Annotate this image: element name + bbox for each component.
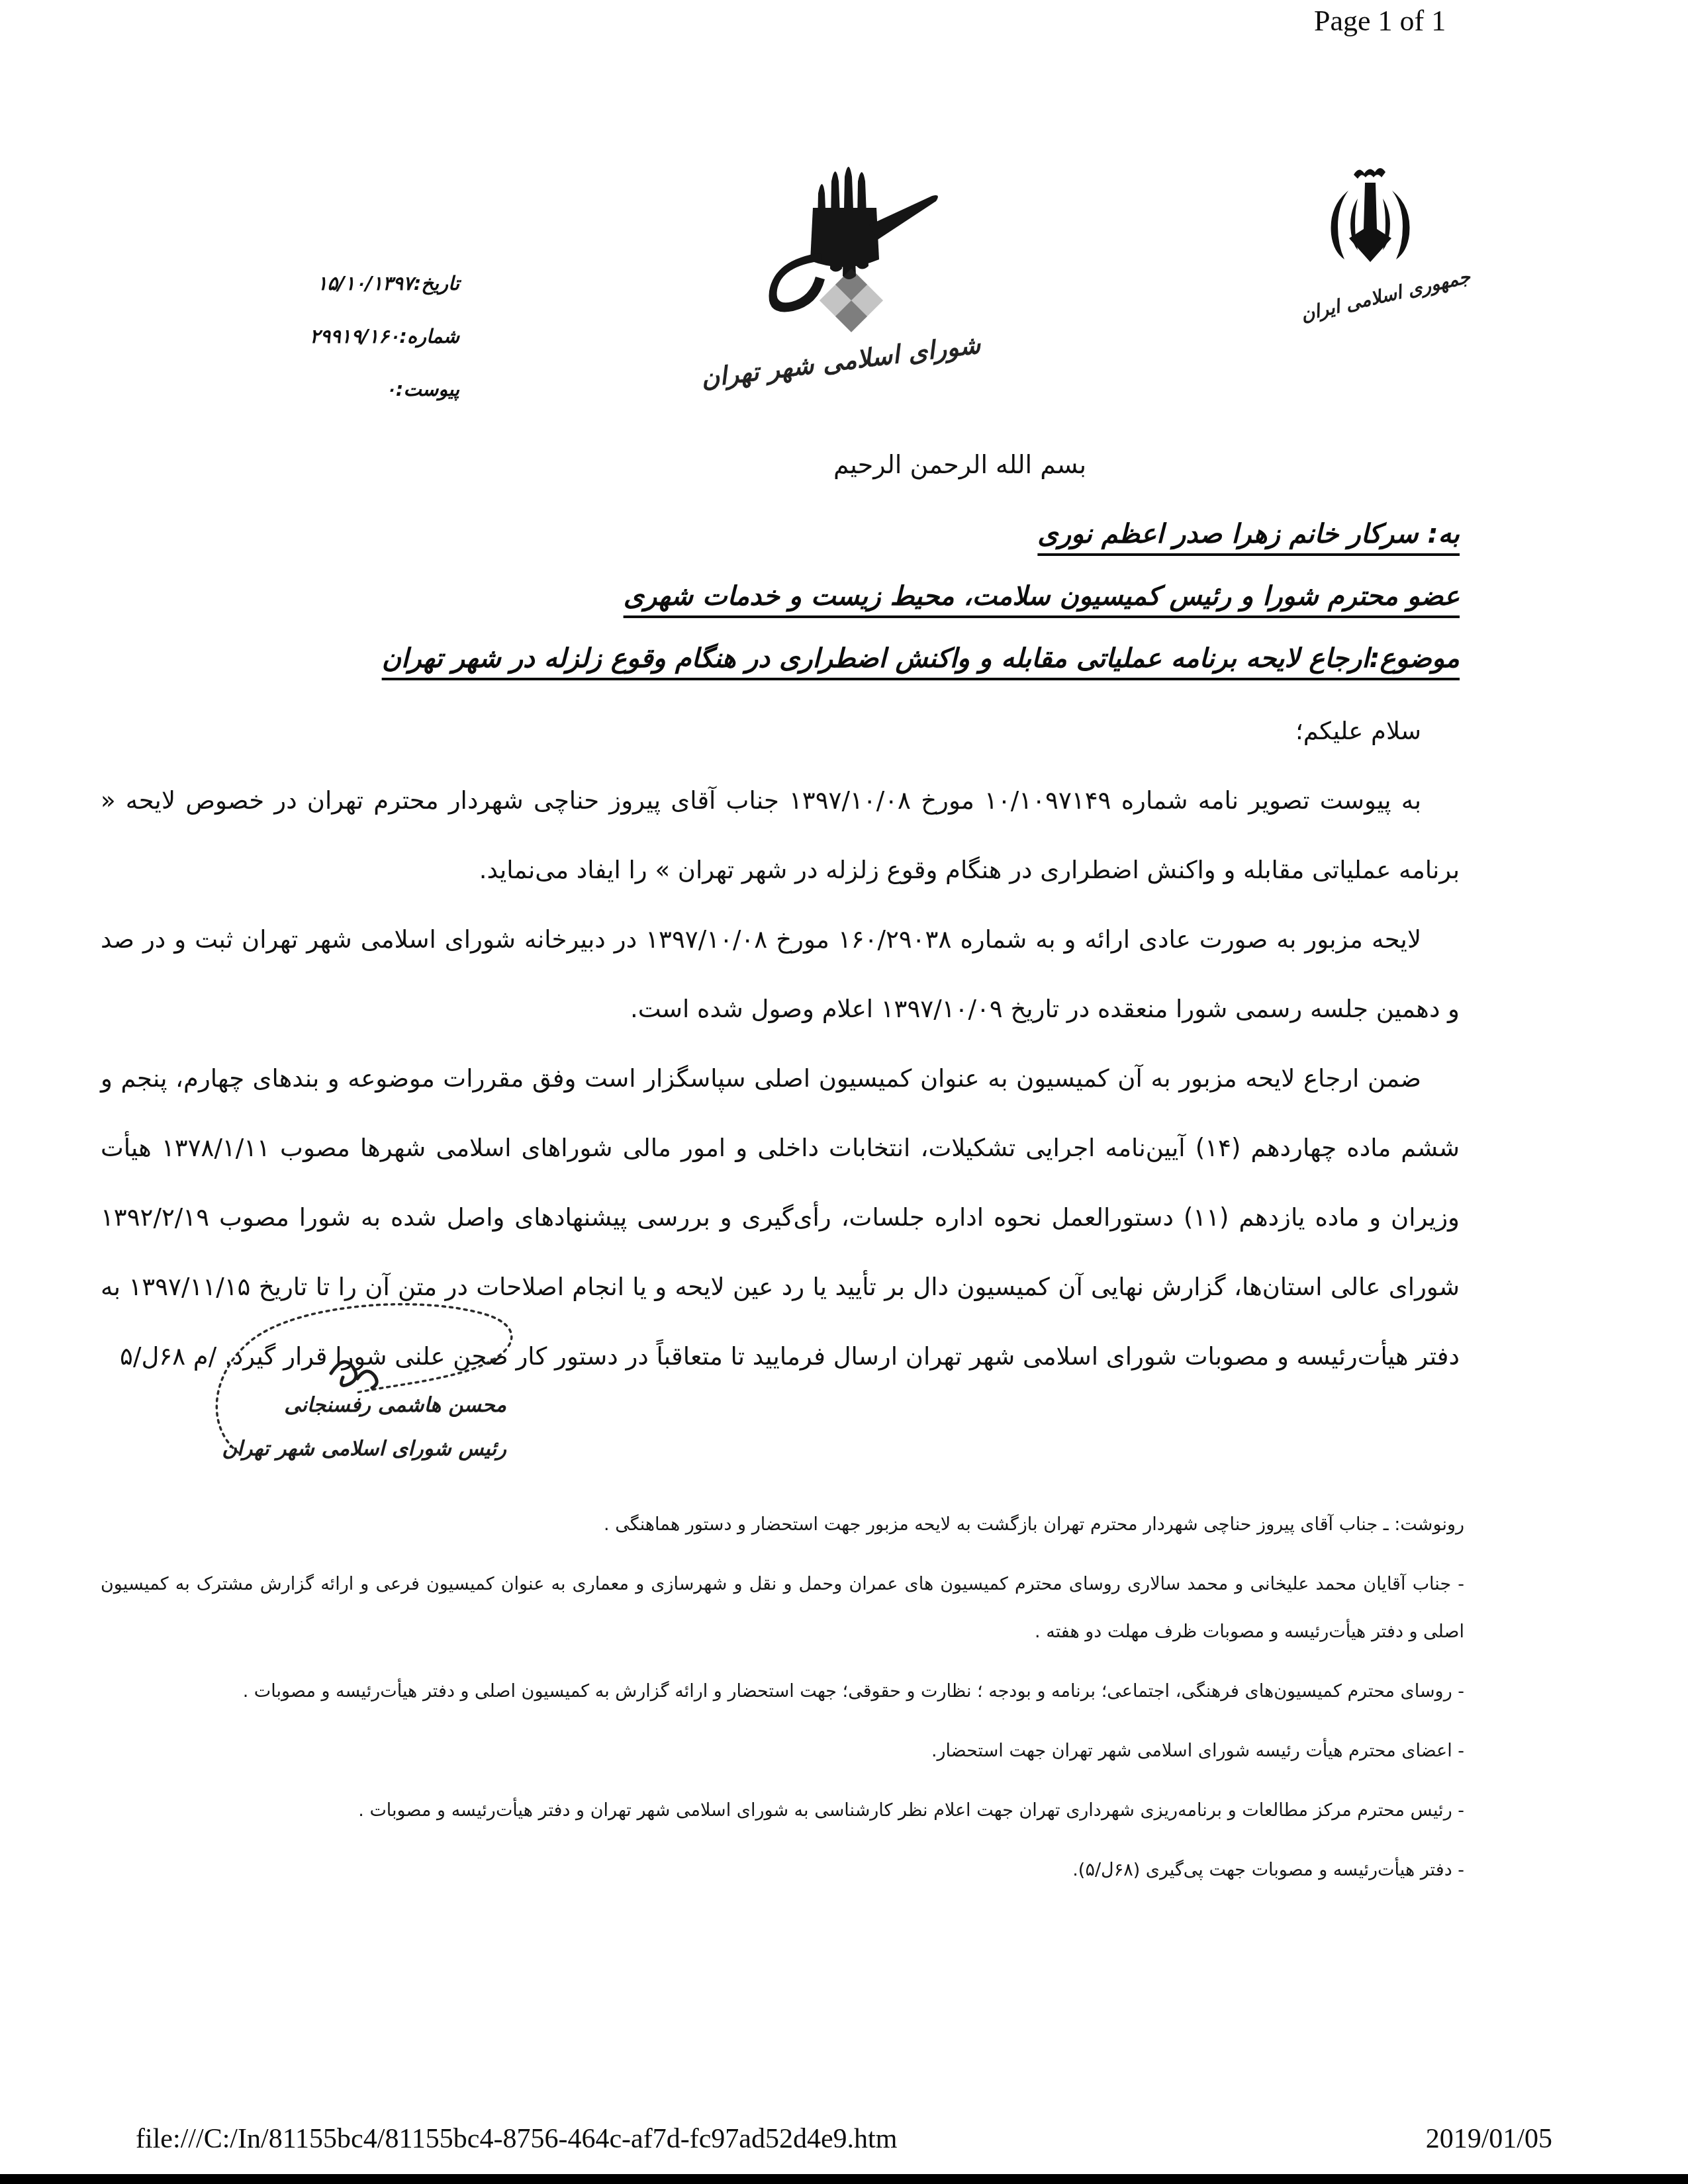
letter-date-field: تاریخ:۱۵/۱۰/۱۳۹۷ (285, 257, 459, 310)
letter-body: سلام علیکم؛ به پیوست تصویر نامه شماره ۱۰… (101, 696, 1460, 1391)
cc-item: - روسای محترم کمیسیون‌های فرهنگی، اجتماع… (101, 1668, 1464, 1715)
letterhead-meta-fields: تاریخ:۱۵/۱۰/۱۳۹۷ شماره:۲۹۹۱۹/۱۶۰ پیوست:۰ (285, 257, 459, 416)
page-indicator: Page 1 of 1 (1314, 4, 1446, 38)
subject-line: موضوع:ارجاع لایحه برنامه عملیاتی مقابله … (321, 627, 1460, 690)
footer-print-date: 2019/01/05 (1426, 2123, 1552, 2155)
cc-item: رونوشت: ـ جناب آقای پیروز حناچی شهردار م… (101, 1501, 1464, 1549)
addressee-to-line: به: سرکار خانم زهرا صدر اعظم نوری (321, 503, 1460, 565)
council-logo-icon (733, 147, 952, 352)
bismillah-line: بسم الله الرحمن الرحیم (833, 450, 1086, 479)
printed-letter-page: Page 1 of 1 تاریخ:۱۵/۱۰/۱۳۹۷ شماره:۲۹۹۱۹… (0, 0, 1688, 2184)
letter-attachment-field: پیوست:۰ (285, 363, 459, 416)
scan-edge-bar (0, 2174, 1688, 2184)
signer-name: محسن هاشمی رفسنجانی (199, 1383, 506, 1427)
addressee-title-line: عضو محترم شورا و رئیس کمیسیون سلامت، محی… (321, 565, 1460, 627)
cc-list: رونوشت: ـ جناب آقای پیروز حناچی شهردار م… (101, 1501, 1464, 1906)
footer-file-url: file:///C:/In/81155bc4/81155bc4-8756-464… (136, 2123, 897, 2155)
body-paragraph-1: به پیوست تصویر نامه شماره ۱۰/۱۰۹۷۱۴۹ مور… (101, 766, 1460, 905)
cc-item: - اعضای محترم هیأت رئیسه شورای اسلامی شه… (101, 1727, 1464, 1775)
salutation: سلام علیکم؛ (101, 696, 1460, 766)
cc-item: - دفتر هیأت‌رئیسه و مصوبات جهت پی‌گیری (… (101, 1846, 1464, 1894)
signature-block: محسن هاشمی رفسنجانی رئیس شورای اسلامی شه… (199, 1383, 506, 1471)
signer-title: رئیس شورای اسلامی شهر تهران (199, 1427, 506, 1471)
letter-number-field: شماره:۲۹۹۱۹/۱۶۰ (285, 310, 459, 363)
body-paragraph-2: لایحه مزبور به صورت عادی ارائه و به شمار… (101, 905, 1460, 1044)
addressee-block: به: سرکار خانم زهرا صدر اعظم نوری عضو مح… (321, 503, 1460, 690)
iran-emblem-icon (1314, 164, 1427, 283)
cc-item: - رئیس محترم مرکز مطالعات و برنامه‌ریزی … (101, 1787, 1464, 1835)
cc-item: - جناب آقایان محمد علیخانی و محمد سالاری… (101, 1561, 1464, 1656)
